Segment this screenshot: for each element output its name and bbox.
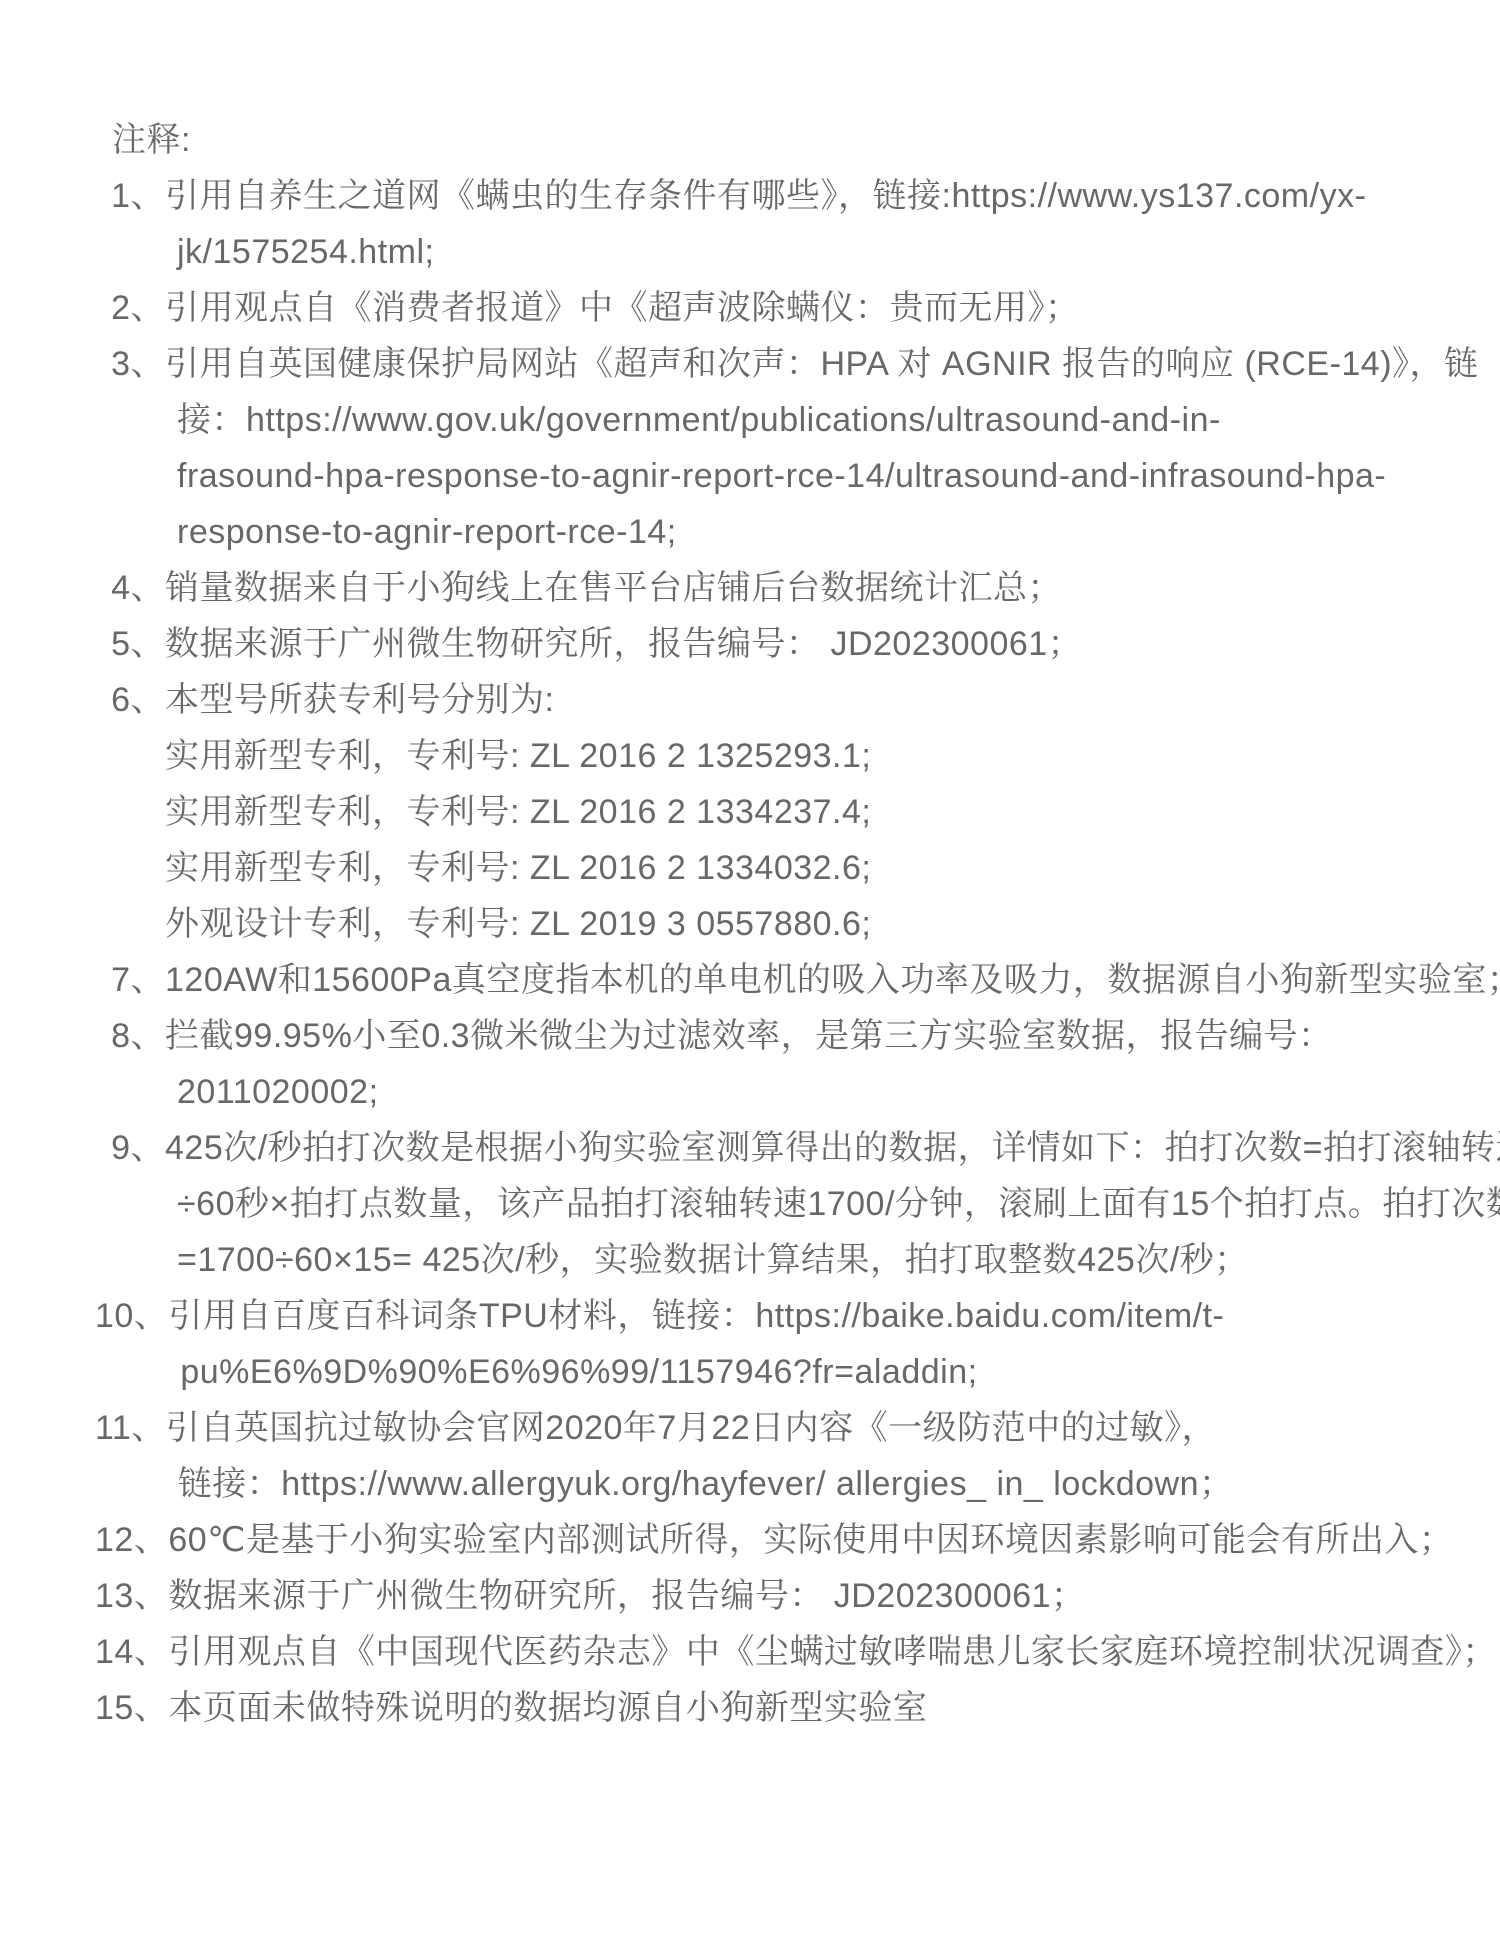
note-number: 12、: [95, 1512, 168, 1568]
note-line: 引用观点自《中国现代医药杂志》中《尘螨过敏哮喘患儿家长家庭环境控制状况调查》；: [168, 1624, 1455, 1680]
note-item-7: 7、 120AW和15600Pa真空度指本机的单电机的吸入功率及吸力，数据源自小…: [95, 952, 1455, 1008]
note-line: frasound-hpa-response-to-agnir-report-rc…: [165, 448, 1455, 504]
note-line: 接：https://www.gov.uk/government/publicat…: [165, 392, 1455, 448]
note-item-10: 10、 引用自百度百科词条TPU材料，链接：https://baike.baid…: [95, 1288, 1455, 1400]
note-number: 11、: [95, 1400, 166, 1456]
note-item-6: 6、 本型号所获专利号分别为: 实用新型专利，专利号: ZL 2016 2 13…: [95, 672, 1455, 952]
note-number: 10、: [95, 1288, 168, 1344]
note-line: jk/1575254.html;: [165, 224, 1455, 280]
note-line-patent: 实用新型专利，专利号: ZL 2016 2 1334032.6;: [165, 840, 1455, 896]
note-item-14: 14、 引用观点自《中国现代医药杂志》中《尘螨过敏哮喘患儿家长家庭环境控制状况调…: [95, 1624, 1455, 1680]
note-item-1: 1、 引用自养生之道网《螨虫的生存条件有哪些》，链接:https://www.y…: [95, 168, 1455, 280]
note-item-3: 3、 引用自英国健康保护局网站《超声和次声：HPA 对 AGNIR 报告的响应 …: [95, 336, 1455, 560]
note-item-2: 2、 引用观点自《消费者报道》中《超声波除螨仪：贵而无用》；: [95, 280, 1455, 336]
note-item-9: 9、 425次/秒拍打次数是根据小狗实验室测算得出的数据，详情如下：拍打次数=拍…: [95, 1120, 1455, 1288]
note-line: =1700÷60×15= 425次/秒，实验数据计算结果，拍打取整数425次/秒…: [165, 1232, 1455, 1288]
note-number: 15、: [95, 1680, 168, 1736]
note-line: 本页面未做特殊说明的数据均源自小狗新型实验室: [168, 1680, 1455, 1736]
note-line-patent: 外观设计专利，专利号: ZL 2019 3 0557880.6;: [165, 896, 1455, 952]
note-number: 14、: [95, 1624, 168, 1680]
note-number: 5、: [95, 616, 165, 672]
note-line: 链接：https://www.allergyuk.org/hayfever/ a…: [166, 1456, 1455, 1512]
notes-section: 注释: 1、 引用自养生之道网《螨虫的生存条件有哪些》，链接:https://w…: [95, 112, 1455, 1736]
note-item-5: 5、 数据来源于广州微生物研究所，报告编号： JD202300061；: [95, 616, 1455, 672]
note-item-4: 4、 销量数据来自于小狗线上在售平台店铺后台数据统计汇总；: [95, 560, 1455, 616]
note-item-15: 15、 本页面未做特殊说明的数据均源自小狗新型实验室: [95, 1680, 1455, 1736]
note-line: 引用自百度百科词条TPU材料，链接：https://baike.baidu.co…: [168, 1288, 1455, 1344]
note-line: 引用自养生之道网《螨虫的生存条件有哪些》，链接:https://www.ys13…: [165, 168, 1455, 224]
note-number: 8、: [95, 1008, 165, 1064]
note-item-8: 8、 拦截99.95%小至0.3微米微尘为过滤效率，是第三方实验室数据，报告编号…: [95, 1008, 1455, 1120]
note-line: 60℃是基于小狗实验室内部测试所得，实际使用中因环境因素影响可能会有所出入；: [168, 1512, 1455, 1568]
note-line: 425次/秒拍打次数是根据小狗实验室测算得出的数据，详情如下：拍打次数=拍打滚轴…: [165, 1120, 1455, 1176]
note-number: 2、: [95, 280, 165, 336]
note-line: 2011020002;: [165, 1064, 1455, 1120]
note-number: 13、: [95, 1568, 168, 1624]
note-line: 120AW和15600Pa真空度指本机的单电机的吸入功率及吸力，数据源自小狗新型…: [165, 952, 1455, 1008]
note-number: 7、: [95, 952, 165, 1008]
note-line: 数据来源于广州微生物研究所，报告编号： JD202300061；: [168, 1568, 1455, 1624]
note-line: 引用自英国健康保护局网站《超声和次声：HPA 对 AGNIR 报告的响应 (RC…: [165, 336, 1455, 392]
note-line: 引用观点自《消费者报道》中《超声波除螨仪：贵而无用》；: [165, 280, 1455, 336]
note-number: 4、: [95, 560, 165, 616]
note-item-12: 12、 60℃是基于小狗实验室内部测试所得，实际使用中因环境因素影响可能会有所出…: [95, 1512, 1455, 1568]
note-line: pu%E6%9D%90%E6%96%99/1157946?fr=aladdin;: [168, 1344, 1455, 1400]
notes-heading: 注释:: [95, 112, 1455, 168]
note-line-patent: 实用新型专利，专利号: ZL 2016 2 1325293.1;: [165, 728, 1455, 784]
note-line-patent: 实用新型专利，专利号: ZL 2016 2 1334237.4;: [165, 784, 1455, 840]
note-line: 销量数据来自于小狗线上在售平台店铺后台数据统计汇总；: [165, 560, 1455, 616]
note-line: response-to-agnir-report-rce-14;: [165, 504, 1455, 560]
note-line: 数据来源于广州微生物研究所，报告编号： JD202300061；: [165, 616, 1455, 672]
note-item-11: 11、 引自英国抗过敏协会官网2020年7月22日内容《一级防范中的过敏》， 链…: [95, 1400, 1455, 1512]
note-line: 引自英国抗过敏协会官网2020年7月22日内容《一级防范中的过敏》，: [166, 1400, 1455, 1456]
note-number: 3、: [95, 336, 165, 392]
note-line: ÷60秒×拍打点数量，该产品拍打滚轴转速1700/分钟，滚刷上面有15个拍打点。…: [165, 1176, 1455, 1232]
note-number: 6、: [95, 672, 165, 728]
note-number: 1、: [95, 168, 165, 224]
note-line: 拦截99.95%小至0.3微米微尘为过滤效率，是第三方实验室数据，报告编号：: [165, 1008, 1455, 1064]
note-number: 9、: [95, 1120, 165, 1176]
note-item-13: 13、 数据来源于广州微生物研究所，报告编号： JD202300061；: [95, 1568, 1455, 1624]
note-line: 本型号所获专利号分别为:: [165, 672, 1455, 728]
